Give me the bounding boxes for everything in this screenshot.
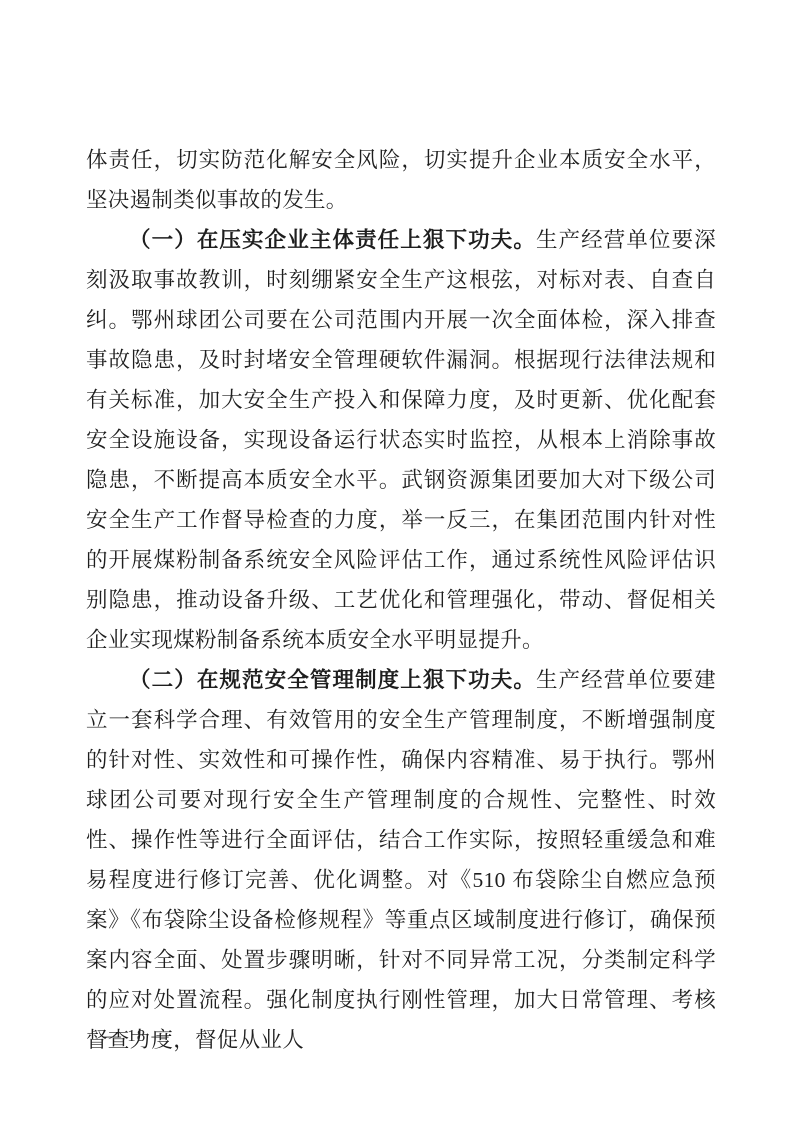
paragraph-continuation: 体责任，切实防范化解安全风险，切实提升企业本质安全水平，坚决遏制类似事故的发生。: [86, 140, 716, 220]
page-number: — 18 —: [104, 1024, 170, 1048]
paragraph-section-1: （一）在压实企业主体责任上狠下功夫。生产经营单位要深刻汲取事故教训，时刻绷紧安全…: [86, 220, 716, 660]
document-content: 体责任，切实防范化解安全风险，切实提升企业本质安全水平，坚决遏制类似事故的发生。…: [86, 140, 716, 1060]
paragraph-continuation-text: 体责任，切实防范化解安全风险，切实提升企业本质安全水平，坚决遏制类似事故的发生。: [86, 148, 716, 212]
paragraph-section-2: （二）在规范安全管理制度上狠下功夫。生产经营单位要建立一套科学合理、有效管用的安…: [86, 660, 716, 1060]
section-2-heading: （二）在规范安全管理制度上狠下功夫。: [129, 668, 536, 692]
section-1-body-text: 生产经营单位要深刻汲取事故教训，时刻绷紧安全生产这根弦，对标对表、自查自纠。鄂州…: [86, 228, 716, 652]
section-1-heading: （一）在压实企业主体责任上狠下功夫。: [129, 228, 536, 252]
section-2-body-text: 生产经营单位要建立一套科学合理、有效管用的安全生产管理制度，不断增强制度的针对性…: [86, 668, 716, 1052]
document-page: 体责任，切实防范化解安全风险，切实提升企业本质安全水平，坚决遏制类似事故的发生。…: [0, 0, 800, 1131]
